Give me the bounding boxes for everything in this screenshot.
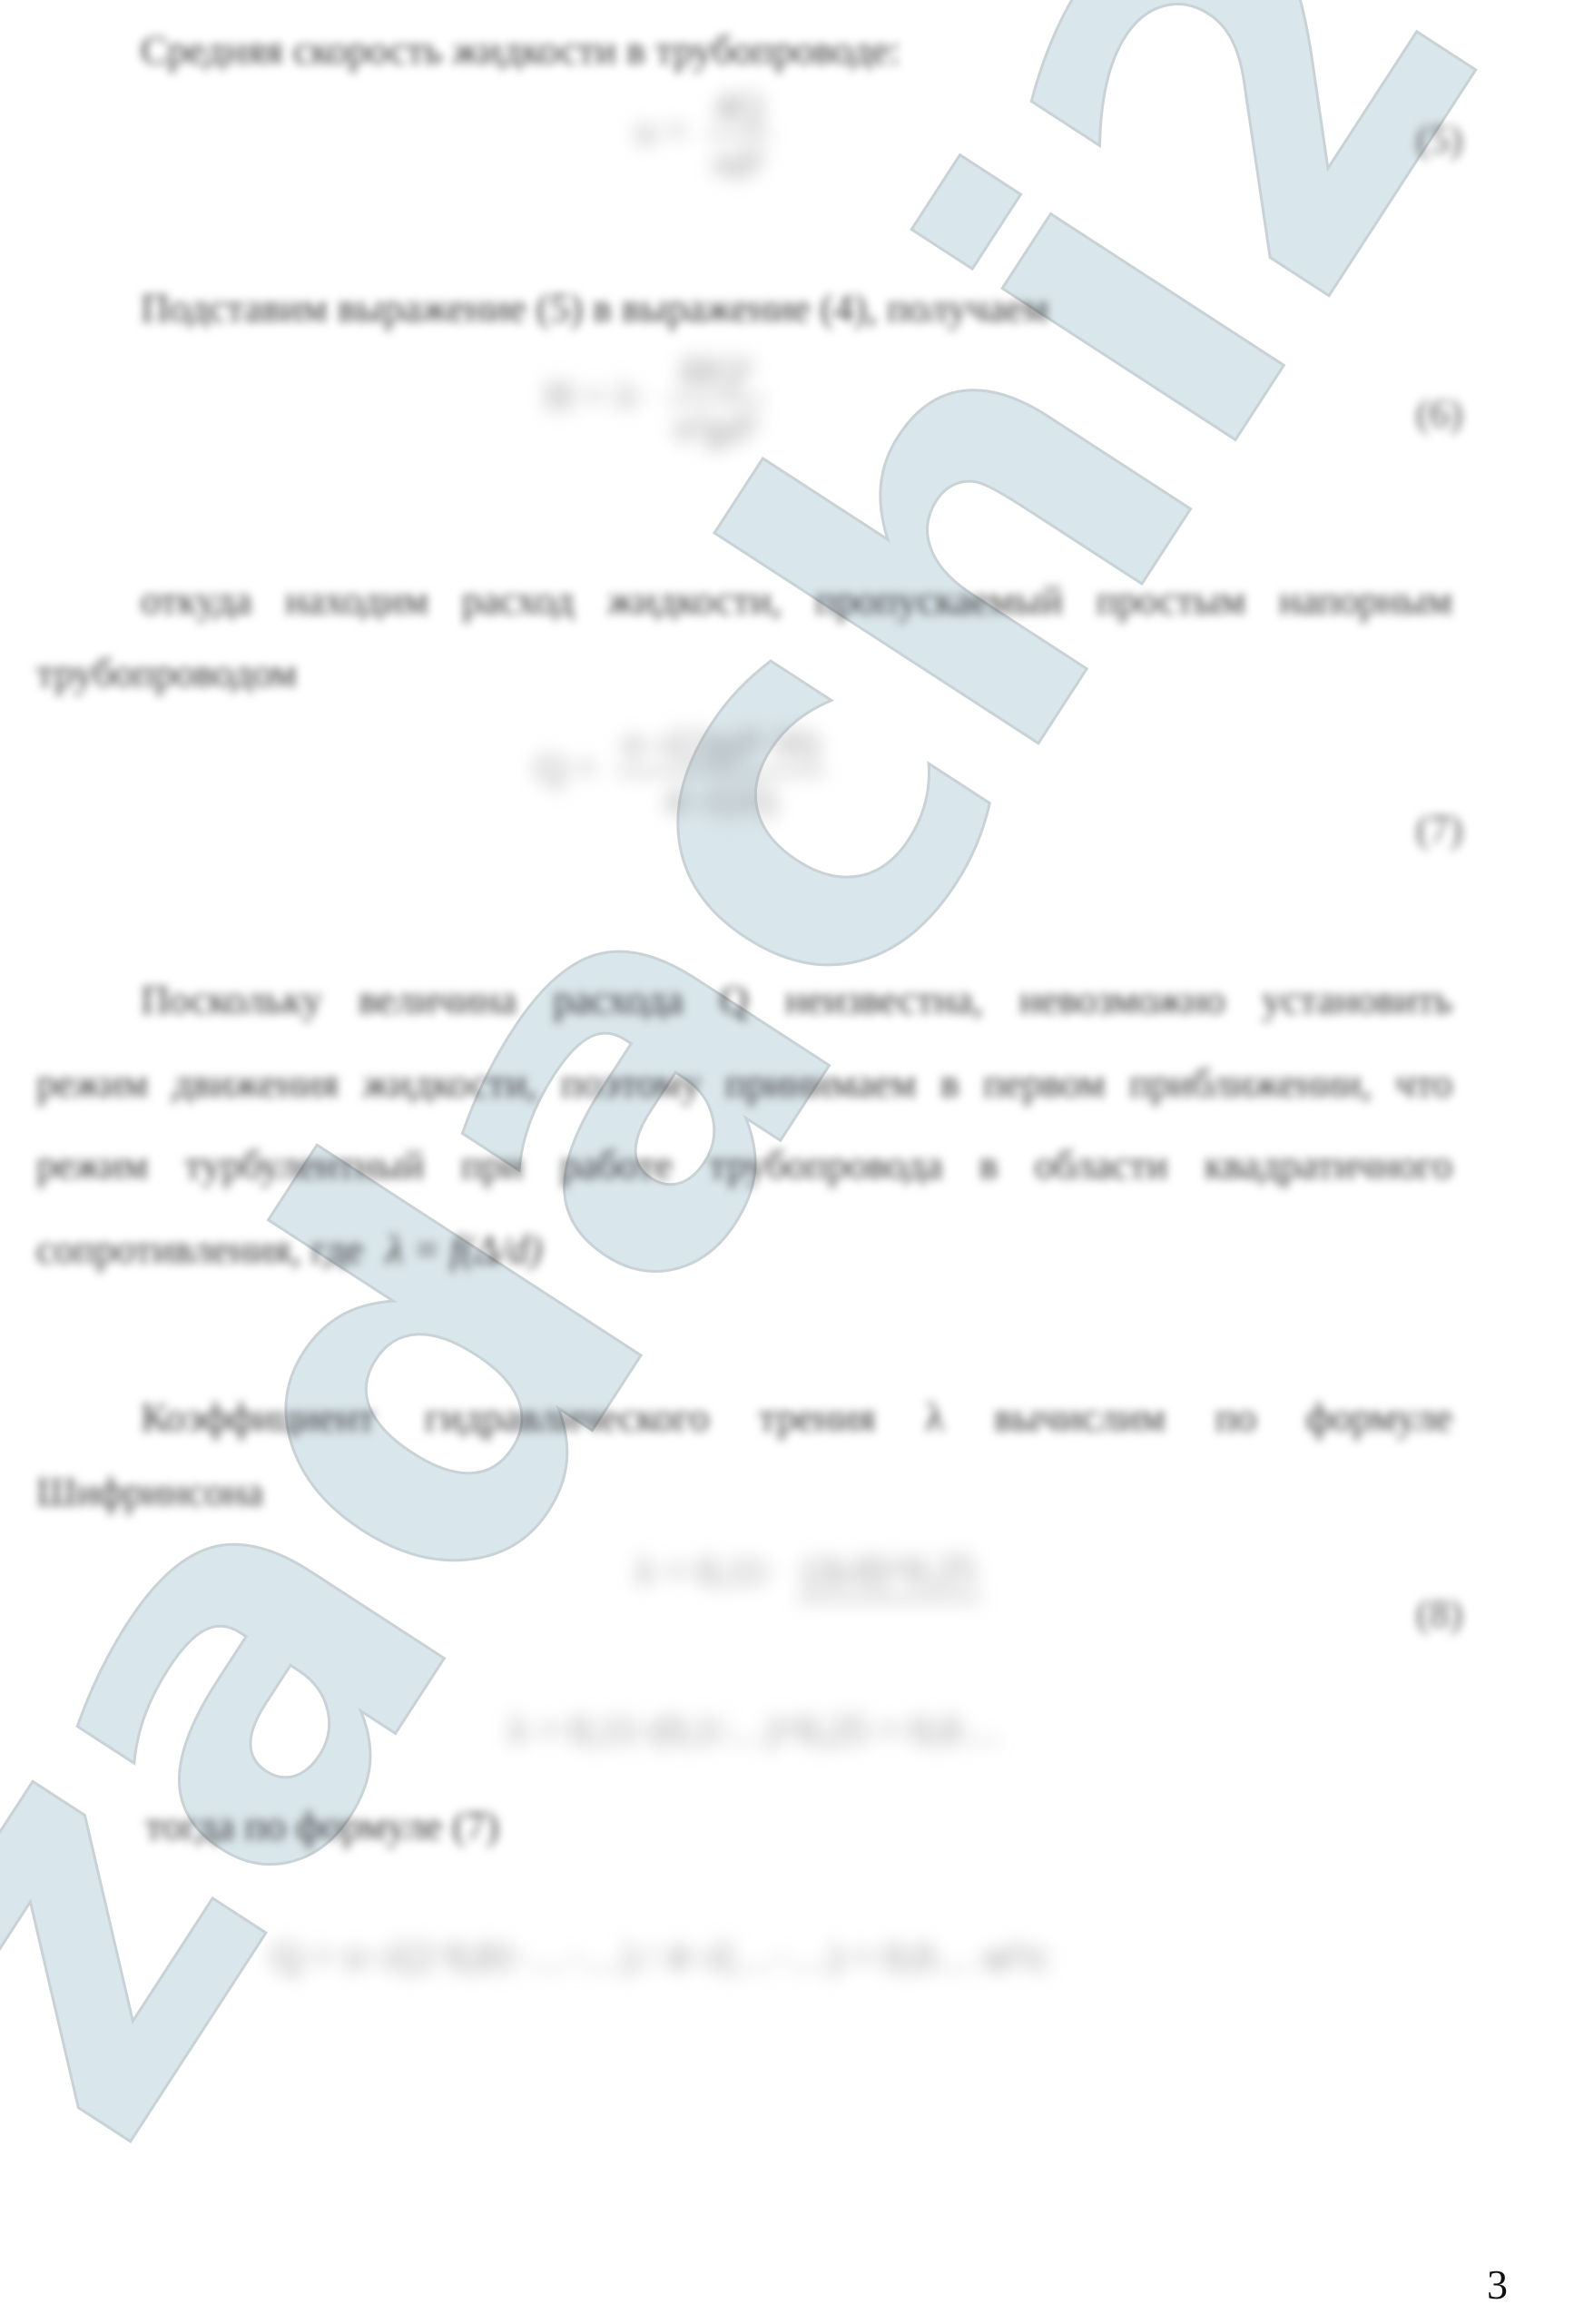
equation-number-6: (6)	[1416, 390, 1462, 437]
paragraph-flow-rate-line2: трубопроводом	[36, 654, 297, 694]
formula-flow-rate-value: Q = π·√(2·9,81·…·…) / 4·√(…·…) = 0,0… м³…	[272, 1934, 1049, 1980]
paragraph-regime-line3: режим турбулентный при работе трубопрово…	[36, 1146, 1452, 1186]
page-number: 3	[1487, 2260, 1508, 2309]
formula-lambda-value: λ = 0,11·(0,1/…)^0,25 = 0,0…	[508, 1707, 1000, 1753]
equation-number-8: (8)	[1416, 1590, 1462, 1637]
equation-number-7: (7)	[1416, 806, 1462, 852]
paragraph-regime-line4: сопротивления, где λ = f(Δ/d)	[36, 1230, 542, 1270]
formula-5: υ = 4Qπd²	[635, 80, 779, 190]
paragraph-regime-line1: Поскольку величина расхода Q неизвестна,…	[141, 980, 1452, 1020]
svg-text:zadachi24.ru: zadachi24.ru	[0, 0, 1584, 2226]
equation-number-5: (5)	[1416, 116, 1462, 162]
paragraph-flow-rate-line1: откуда находим расход жидкости, пропуска…	[141, 581, 1452, 621]
inline-formula-lambda: λ = f(Δ/d)	[386, 1227, 542, 1272]
paragraph-then-formula-7: тогда по формуле (7)	[145, 1807, 499, 1846]
paragraph-friction-line1: Коэффициент гидравлического трения λ выч…	[141, 1398, 1452, 1438]
paragraph-regime-line2: режим движения жидкости, поэтому принима…	[36, 1064, 1452, 1104]
paragraph-friction-line2: Шифринсона	[36, 1472, 263, 1512]
formula-7: Q = π·√(2gd⁵·H)4·√(λl)	[536, 717, 834, 827]
formula-8: λ = 0,11· (Δ/d)^0,25	[635, 1543, 990, 1607]
formula-6: H = λ· 8lQ²π²gd⁵	[545, 345, 773, 455]
paragraph-mean-velocity: Средняя скорость жидкости в трубопроводе…	[141, 31, 900, 71]
paragraph-substitute: Подставим выражение (5) в выражение (4),…	[141, 289, 1048, 329]
document-page: zadachi24.ru Средняя скорость жидкости в…	[0, 0, 1584, 2324]
